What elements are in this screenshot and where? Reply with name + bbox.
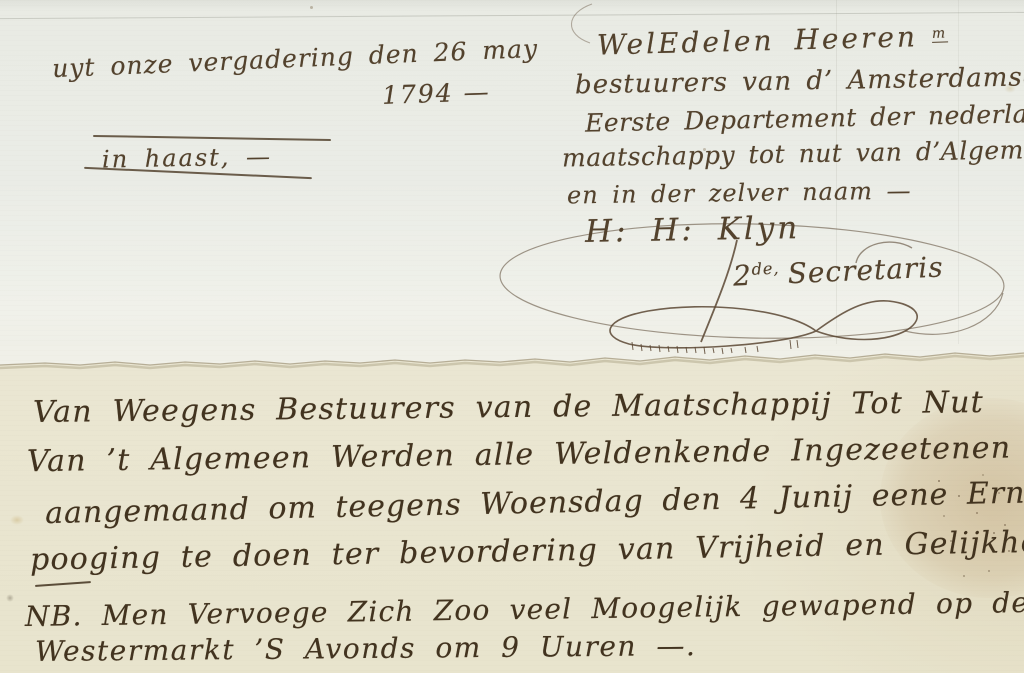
body-line: Van Weegens Bestuurers van de Maatschapp… [33, 385, 984, 430]
body-line: Van ’t Algemeen Werden alle Weldenkende … [27, 430, 1024, 479]
vertical-fold-crease [958, 0, 959, 344]
horizontal-fold-crease [0, 12, 1024, 19]
nb-line: Westermarkt ’S Avonds om 9 Uuren —. [35, 629, 697, 668]
signature-role-superscript: de, [751, 259, 780, 279]
year-line: 1794 — [382, 77, 492, 110]
nb-line: NB. Men Vervoege Zich Zoo veel Moogelijk… [25, 586, 1024, 633]
body-line: pooging te doen ter bevordering van Vrij… [30, 523, 1024, 577]
rule-above-nb [35, 581, 91, 587]
salutation-mark: m [932, 25, 949, 42]
signature-role-number: 2 [732, 259, 752, 293]
signature-role-word: Secretaris [787, 250, 944, 290]
paper-spot [6, 594, 14, 602]
body-line: aangemaand om teegens Woensdag den 4 Jun… [45, 474, 1024, 531]
signature-name: H: H: Klyn [585, 210, 801, 250]
address-line: en in der zelver naam — [567, 177, 912, 210]
paper-spot [10, 515, 24, 525]
manuscript-scan: uyt onze vergadering den 26 may 1794 — i… [0, 0, 1024, 673]
paper-speck [310, 6, 313, 9]
torn-paper-edge [0, 345, 1024, 375]
